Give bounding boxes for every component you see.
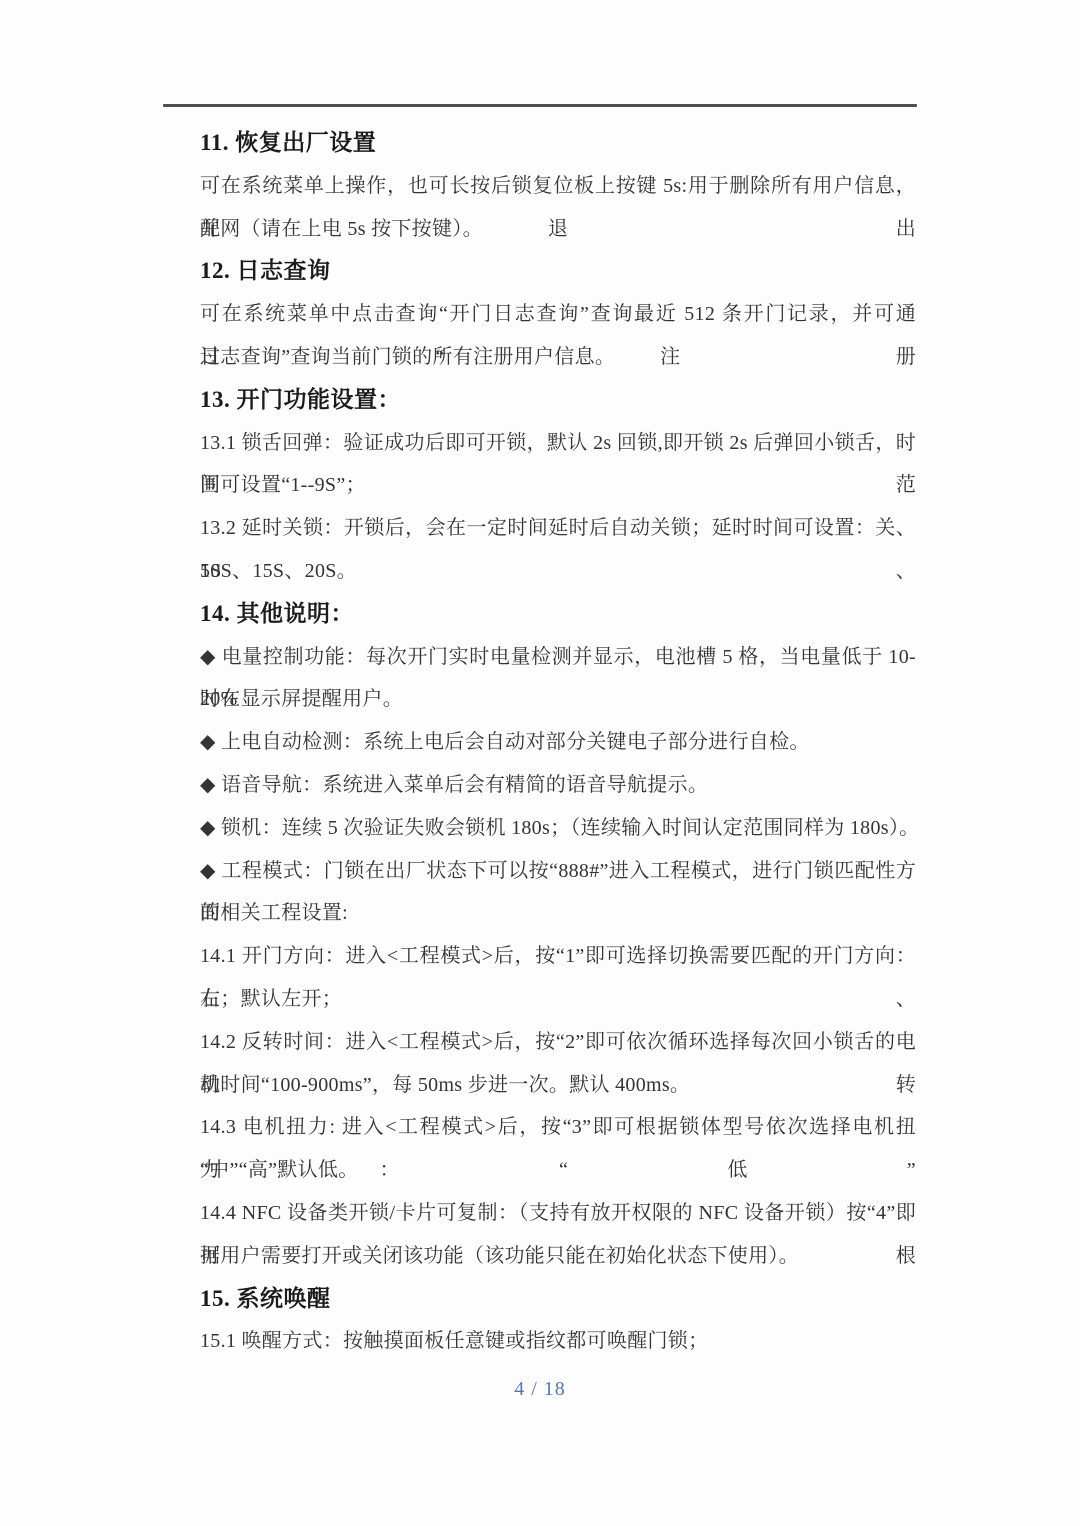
text-line: 14.3 电机扭力: 进入<工程模式>后，按“3”即可根据锁体型号依次选择电机扭… <box>200 1106 916 1149</box>
section-heading: 15. 系统唤醒 <box>200 1278 916 1321</box>
document-body: 11. 恢复出厂设置可在系统菜单上操作，也可长按后锁复位板上按键 5s:用于删除… <box>200 122 916 1363</box>
text-line: 15.1 唤醒方式：按触摸面板任意键或指纹都可唤醒门锁； <box>200 1320 916 1363</box>
header-rule <box>163 104 917 107</box>
text-line: 14.1 开门方向：进入<工程模式>后，按“1”即可选择切换需要匹配的开门方向：… <box>200 935 916 978</box>
bullet-line: ◆ 锁机：连续 5 次验证失败会锁机 180s；（连续输入时间认定范围同样为 1… <box>200 807 916 850</box>
section-heading: 14. 其他说明： <box>200 593 916 636</box>
bullet-line: ◆ 上电自动检测：系统上电后会自动对部分关键电子部分进行自检。 <box>200 721 916 764</box>
text-line: 14.2 反转时间：进入<工程模式>后，按“2”即可依次循环选择每次回小锁舌的电… <box>200 1021 916 1064</box>
section-heading: 12. 日志查询 <box>200 250 916 293</box>
bullet-line: ◆ 电量控制功能：每次开门实时电量检测并显示，电池槽 5 格，当电量低于 10-… <box>200 636 916 679</box>
text-line: 13.1 锁舌回弹：验证成功后即可开锁，默认 2s 回锁,即开锁 2s 后弹回小… <box>200 422 916 465</box>
bullet-line: 时在显示屏提醒用户。 <box>200 678 916 721</box>
text-line: 14.4 NFC 设备类开锁/卡片可复制：（支持有放开权限的 NFC 设备开锁）… <box>200 1192 916 1235</box>
bullet-line: 的相关工程设置: <box>200 892 916 935</box>
page-number: 4 / 18 <box>0 1368 1080 1410</box>
section-heading: 13. 开门功能设置： <box>200 379 916 422</box>
text-line: 13.2 延时关锁：开锁后，会在一定时间延时后自动关锁；延时时间可设置：关、5S… <box>200 507 916 550</box>
bullet-line: ◆ 语音导航：系统进入菜单后会有精简的语音导航提示。 <box>200 764 916 807</box>
bullet-line: ◆ 工程模式：门锁在出厂状态下可以按“888#”进入工程模式，进行门锁匹配性方面 <box>200 850 916 893</box>
document-page: 11. 恢复出厂设置可在系统菜单上操作，也可长按后锁复位板上按键 5s:用于删除… <box>0 0 1080 1526</box>
text-line: 可在系统菜单中点击查询“开门日志查询”查询最近 512 条开门记录，并可通过“注… <box>200 293 916 336</box>
text-line: 可在系统菜单上操作，也可长按后锁复位板上按键 5s:用于删除所有用户信息，并退出 <box>200 165 916 208</box>
section-heading: 11. 恢复出厂设置 <box>200 122 916 165</box>
